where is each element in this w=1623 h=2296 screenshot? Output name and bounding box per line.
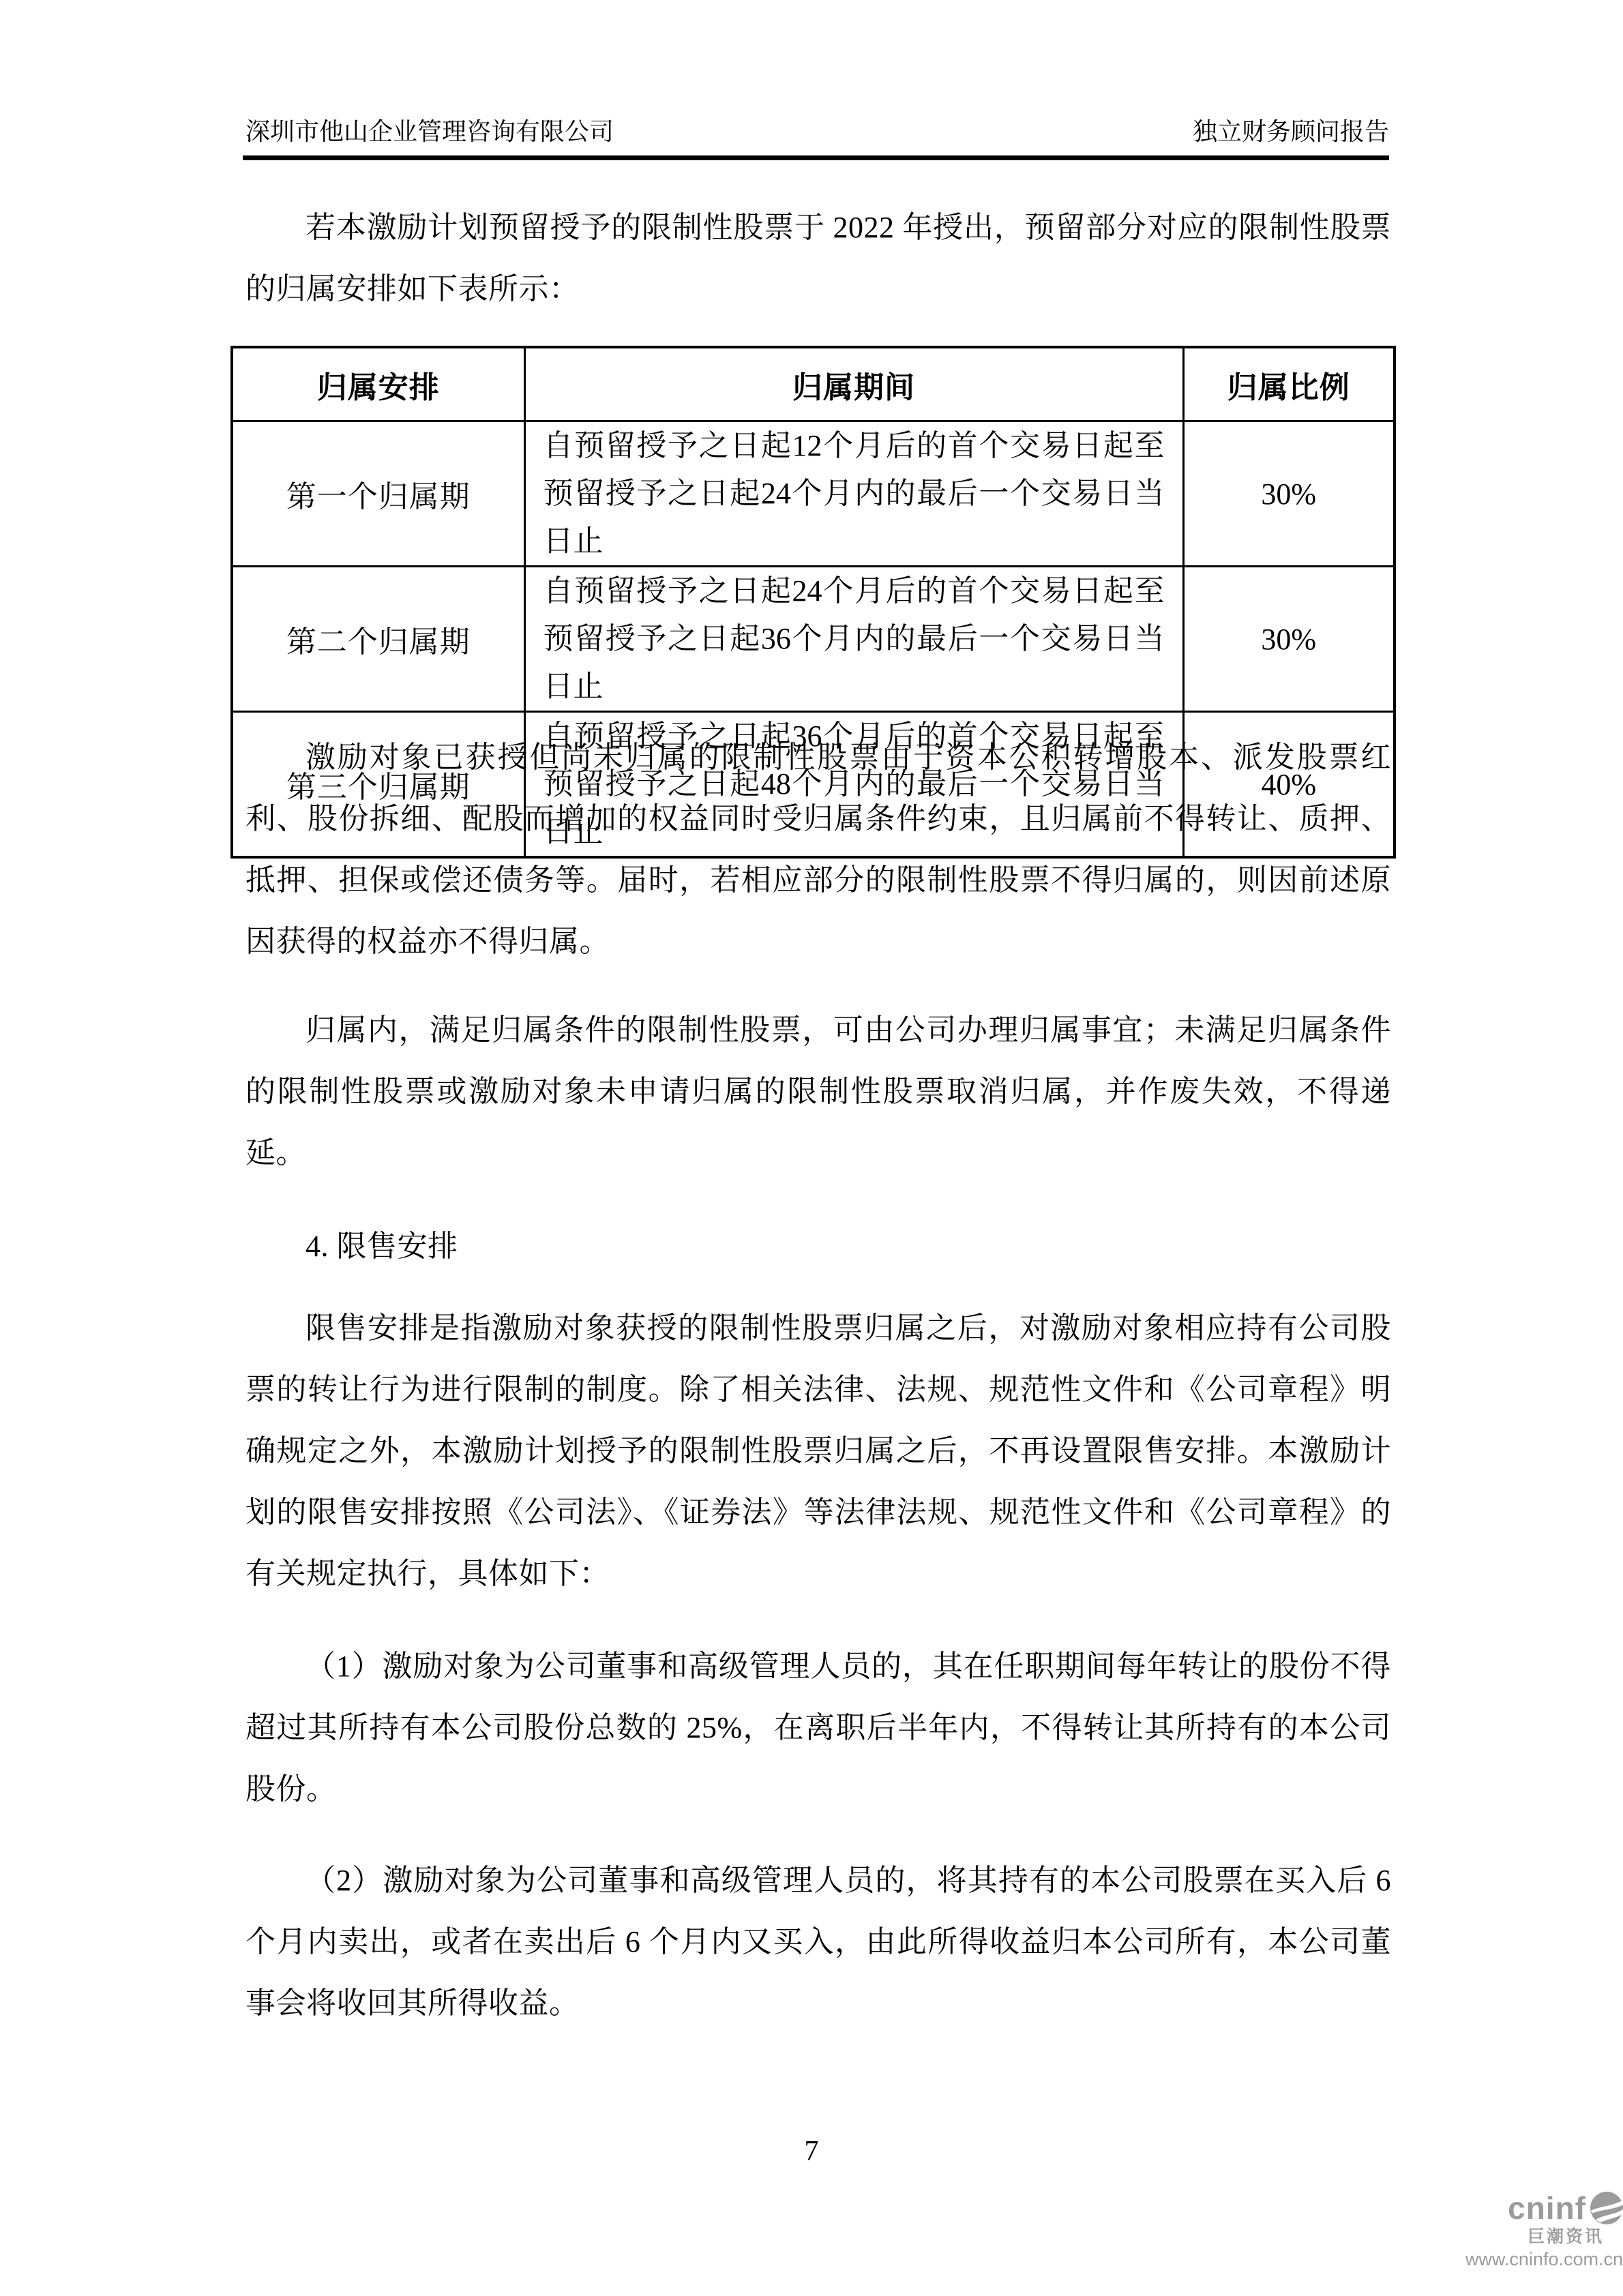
- table-row-2: 第二个归属期 自预留授予之日起24个月后的首个交易日起至预留授予之日起36个月内…: [232, 567, 1395, 712]
- cell-period-desc: 自预留授予之日起12个月后的首个交易日起至预留授予之日起24个月内的最后一个交易…: [524, 421, 1183, 567]
- paragraph-lockup-item1: （1）激励对象为公司董事和高级管理人员的，其在任职期间每年转让的股份不得超过其所…: [245, 1636, 1391, 1820]
- paragraph-vesting-handling: 归属内，满足归属条件的限制性股票，可由公司办理归属事宜；未满足归属条件的限制性股…: [245, 1000, 1391, 1184]
- table-row-1: 第一个归属期 自预留授予之日起12个月后的首个交易日起至预留授予之日起24个月内…: [232, 421, 1395, 567]
- logo-site-url: www.cninfo.com.cn: [1459, 2250, 1623, 2269]
- paragraph-vesting-conditions: 激励对象已获授但尚未归属的限制性股票由于资本公积转增股本、派发股票红利、股份拆细…: [245, 727, 1391, 972]
- document-page: 深圳市他山企业管理咨询有限公司 独立财务顾问报告 若本激励计划预留授予的限制性股…: [0, 0, 1623, 2296]
- table-header-row: 归属安排 归属期间 归属比例: [232, 347, 1395, 421]
- globe-icon: [1590, 2192, 1623, 2224]
- paragraph-intro: 若本激励计划预留授予的限制性股票于 2022 年授出，预留部分对应的限制性股票的…: [245, 197, 1391, 320]
- header-rule: [243, 155, 1389, 160]
- header-company: 深圳市他山企业管理咨询有限公司: [245, 116, 614, 147]
- header-cell-ratio: 归属比例: [1183, 347, 1395, 421]
- header-report-title: 独立财务顾问报告: [1193, 116, 1389, 147]
- cell-period-name: 第二个归属期: [232, 567, 524, 712]
- cninfo-logo: cninf 巨潮资讯 www.cninfo.com.cn: [1459, 2192, 1623, 2269]
- cell-ratio: 30%: [1183, 421, 1395, 567]
- logo-brand-row: cninf: [1459, 2192, 1623, 2224]
- paragraph-lockup-intro: 限售安排是指激励对象获授的限制性股票归属之后，对激励对象相应持有公司股票的转让行…: [245, 1298, 1391, 1605]
- cell-ratio: 30%: [1183, 567, 1395, 712]
- logo-site-name: 巨潮资讯: [1459, 2228, 1623, 2246]
- page-number: 7: [0, 2136, 1623, 2167]
- cell-period-desc: 自预留授予之日起24个月后的首个交易日起至预留授予之日起36个月内的最后一个交易…: [524, 567, 1183, 712]
- header-cell-period: 归属期间: [524, 347, 1183, 421]
- cell-period-name: 第一个归属期: [232, 421, 524, 567]
- paragraph-lockup-item2: （2）激励对象为公司董事和高级管理人员的，将其持有的本公司股票在买入后 6 个月…: [245, 1850, 1391, 2034]
- header-cell-schedule: 归属安排: [232, 347, 524, 421]
- section-heading-lockup: 4. 限售安排: [245, 1216, 1391, 1277]
- logo-brand-text: cninf: [1508, 2192, 1586, 2224]
